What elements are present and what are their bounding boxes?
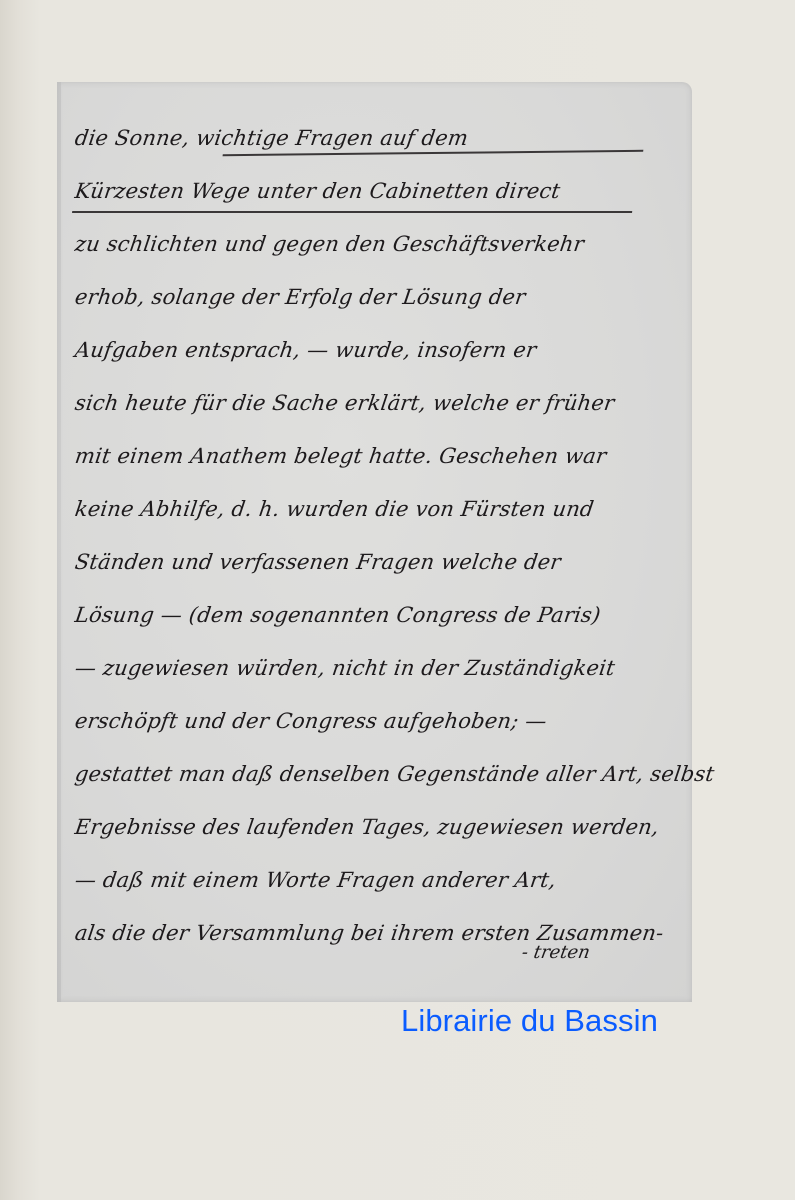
manuscript-line: erhob, solange der Erfolg der Lösung der — [71, 271, 678, 324]
manuscript-line: Lösung — (dem sogenannten Congress de Pa… — [71, 589, 678, 642]
manuscript-line: Kürzesten Wege unter den Cabinetten dire… — [71, 165, 678, 218]
manuscript-line: gestattet man daß denselben Gegenstände … — [71, 748, 678, 801]
manuscript-line: sich heute für die Sache erklärt, welche… — [71, 377, 678, 430]
manuscript-line: Ergebnisse des laufenden Tages, zugewies… — [71, 801, 678, 854]
manuscript-line: Ständen und verfassenen Fragen welche de… — [71, 536, 678, 589]
manuscript-line: keine Abhilfe, d. h. wurden die von Fürs… — [71, 483, 678, 536]
manuscript-line: erschöpft und der Congress aufgehoben; — — [71, 695, 678, 748]
manuscript-line: — daß mit einem Worte Fragen anderer Art… — [71, 854, 678, 907]
manuscript-line: zu schlichten und gegen den Geschäftsver… — [71, 218, 678, 271]
manuscript-line: mit einem Anathem belegt hatte. Geschehe… — [71, 430, 678, 483]
manuscript-plate: die Sonne, wichtige Fragen auf dem Kürze… — [57, 82, 692, 1002]
catchword: - treten — [520, 942, 591, 963]
manuscript-line: die Sonne, wichtige Fragen auf dem — [71, 112, 678, 165]
manuscript-line: — zugewiesen würden, nicht in der Zustän… — [71, 642, 678, 695]
watermark-text: Librairie du Bassin — [401, 1001, 658, 1041]
book-page: die Sonne, wichtige Fragen auf dem Kürze… — [0, 0, 795, 1200]
handwritten-text: die Sonne, wichtige Fragen auf dem Kürze… — [75, 112, 675, 960]
manuscript-line: Aufgaben entsprach, — wurde, insofern er — [71, 324, 678, 377]
